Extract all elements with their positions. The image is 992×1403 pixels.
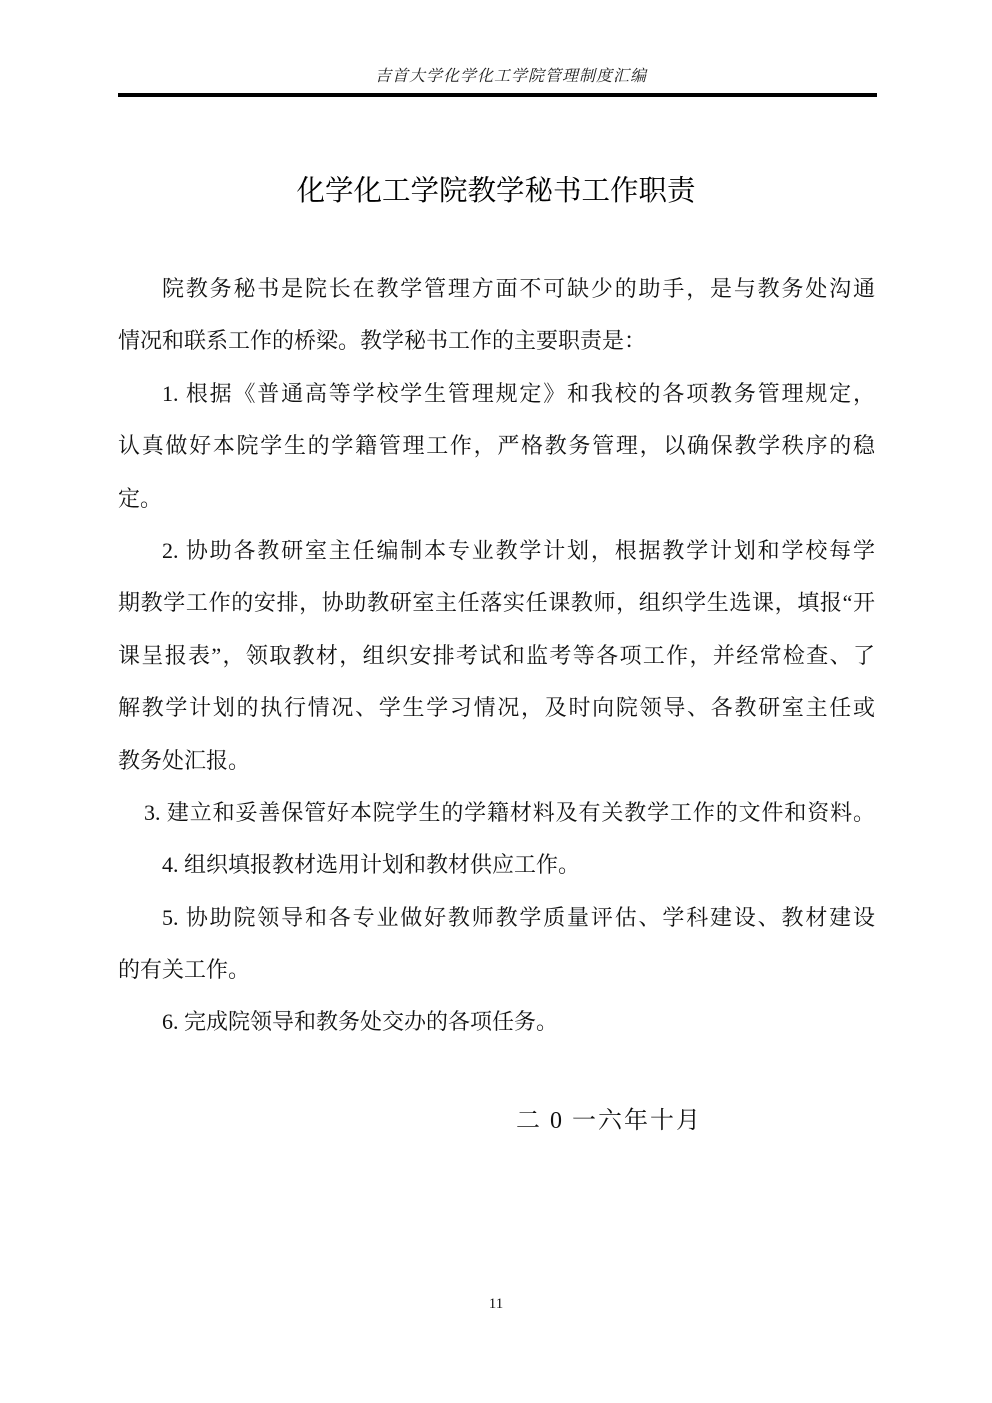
body-line: 教务处汇报。	[118, 735, 875, 787]
document-body: 院教务秘书是院长在教学管理方面不可缺少的助手，是与教务处沟通 情况和联系工作的桥…	[118, 263, 875, 1049]
body-line: 认真做好本院学生的学籍管理工作，严格教务管理，以确保教学秩序的稳	[118, 420, 875, 472]
body-line: 期教学工作的安排，协助教研室主任落实任课教师，组织学生选课，填报“开	[118, 577, 875, 629]
running-header-text: 吉首大学化学化工学院管理制度汇编	[375, 68, 647, 85]
body-line: 6. 完成院领导和教务处交办的各项任务。	[118, 996, 875, 1048]
page-number: 11	[0, 1296, 992, 1313]
running-header: 吉首大学化学化工学院管理制度汇编	[15, 63, 992, 86]
body-line: 2. 协助各教研室主任编制本专业教学计划，根据教学计划和学校每学	[118, 525, 875, 577]
page-title: 化学化工学院教学秘书工作职责	[0, 172, 992, 212]
body-line: 定。	[118, 473, 875, 525]
body-line: 院教务秘书是院长在教学管理方面不可缺少的助手，是与教务处沟通	[118, 263, 875, 315]
body-line: 1. 根据《普通高等学校学生管理规定》和我校的各项教务管理规定，	[118, 368, 875, 420]
body-line: 情况和联系工作的桥梁。教学秘书工作的主要职责是：	[118, 315, 875, 367]
signature-date: 二 0 一六年十月	[113, 1100, 992, 1135]
body-line: 3. 建立和妥善保管好本院学生的学籍材料及有关教学工作的文件和资料。	[118, 787, 875, 839]
body-line: 4. 组织填报教材选用计划和教材供应工作。	[118, 839, 875, 891]
document-page: 吉首大学化学化工学院管理制度汇编 化学化工学院教学秘书工作职责 院教务秘书是院长…	[0, 0, 992, 1403]
body-line: 解教学计划的执行情况、学生学习情况，及时向院领导、各教研室主任或	[118, 682, 875, 734]
body-line: 的有关工作。	[118, 944, 875, 996]
header-rule	[118, 93, 877, 97]
body-line: 课呈报表”，领取教材，组织安排考试和监考等各项工作，并经常检查、了	[118, 630, 875, 682]
body-line: 5. 协助院领导和各专业做好教师教学质量评估、学科建设、教材建设	[118, 892, 875, 944]
